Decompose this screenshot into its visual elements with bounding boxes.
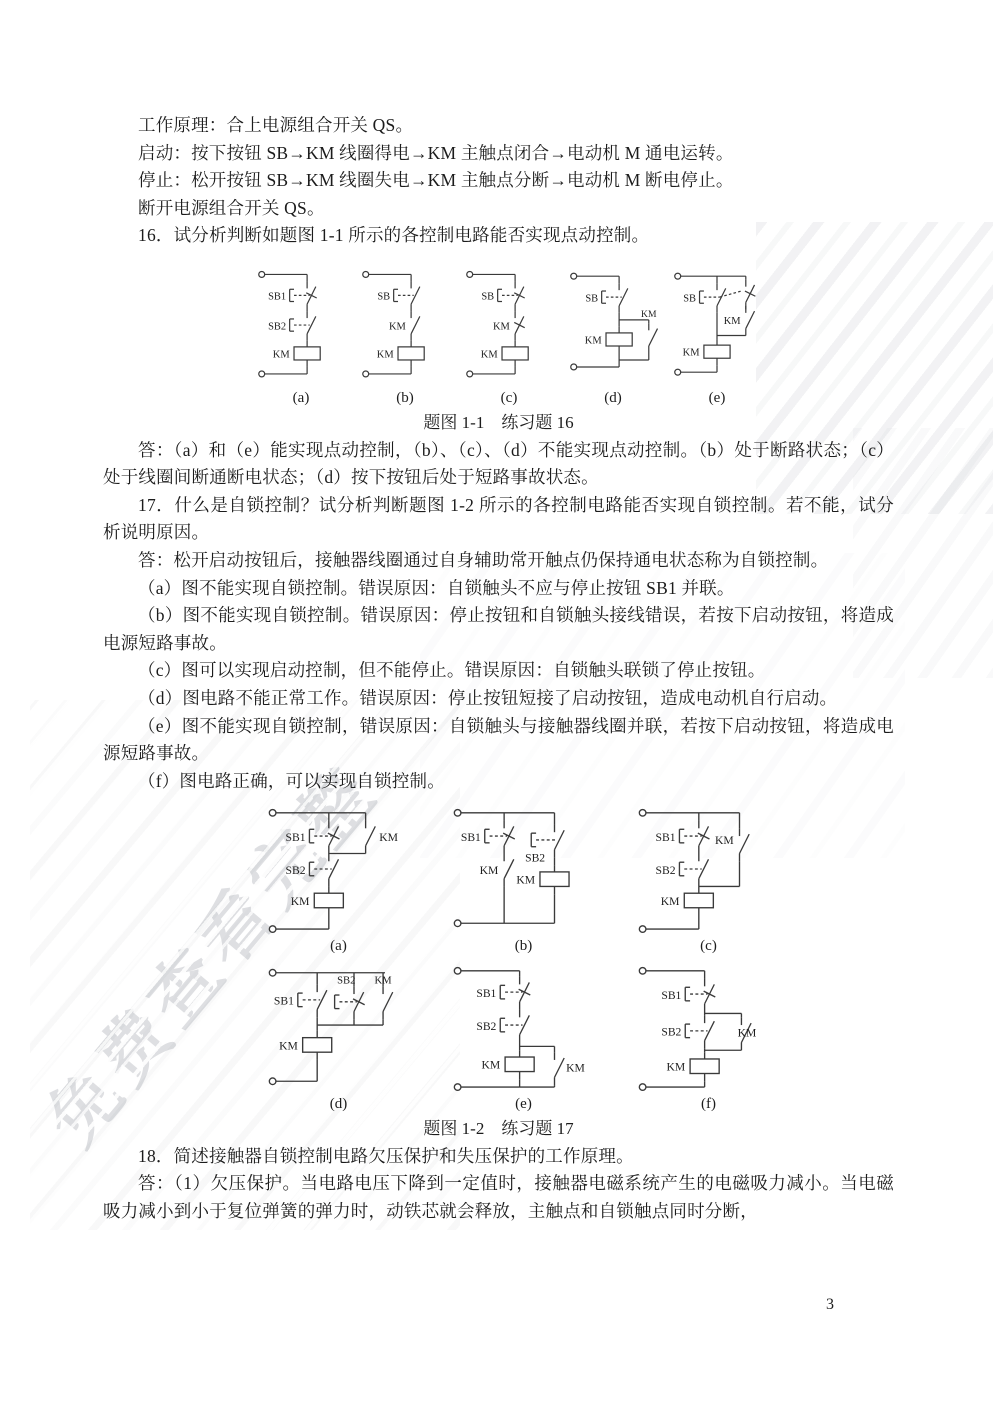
circuit-label: KM (585, 335, 602, 346)
circuit-label: KM (724, 316, 741, 327)
circuit-label: KM (516, 874, 535, 887)
paragraph-answer-17-definition: 答：松开启动按钮后，接触器线圈通过自身辅助常开触点仍保持通电状态称为自锁控制。 (103, 547, 894, 575)
circuit-sublabel: (b) (515, 937, 533, 955)
circuit-label: KM (374, 976, 392, 987)
circuit-sublabel: (e) (709, 389, 726, 407)
circuit-label: KM (641, 309, 657, 320)
circuit-sublabel: (d) (330, 1095, 348, 1113)
circuit-label: KM (683, 348, 700, 359)
paragraph-question-17: 17．什么是自锁控制？试分析判断题图 1-2 所示的各控制电路能否实现自锁控制。… (103, 492, 894, 547)
circuit-label: SB2 (268, 321, 286, 332)
paragraph-answer-18: 答：（1）欠压保护。当电路电压下降到一定值时，接触器电磁系统产生的电磁吸力减小。… (103, 1170, 894, 1225)
paragraph-answer-16: 答：（a）和（e）能实现点动控制，（b）、（c）、（d）不能实现点动控制。（b）… (103, 437, 894, 492)
circuit-label: SB2 (337, 976, 355, 987)
circuit-sublabel: (b) (396, 389, 414, 407)
circuit-1-2-f: SB1SB2KMKM (f) (631, 959, 786, 1113)
circuit-label: KM (566, 1062, 585, 1075)
circuit-label: SB1 (461, 831, 481, 844)
circuit-1-1-e: SBKMKM (e) (669, 262, 765, 407)
circuit-label: KM (480, 864, 499, 877)
circuit-label: SB1 (476, 987, 496, 1000)
circuit-diagram-1-1-c: SBKMKM (461, 262, 557, 389)
circuit-label: KM (279, 1040, 298, 1053)
paragraph-answer-17-b: （b）图不能实现自锁控制。错误原因：停止按钮和自锁触头接线错误，若按下启动按钮，… (103, 602, 894, 657)
circuit-sublabel: (f) (701, 1095, 716, 1113)
circuit-sublabel: (c) (501, 389, 518, 407)
paragraph-answer-17-c: （c）图可以实现启动控制，但不能停止。错误原因：自锁触头联锁了停止按钮。 (103, 657, 894, 685)
paragraph-start: 启动：按下按钮 SB→KM 线圈得电→KM 主触点闭合→电动机 M 通电运转。 (103, 140, 894, 168)
paragraph-answer-17-a: （a）图不能实现自锁控制。错误原因：自锁触头不应与停止按钮 SB1 并联。 (103, 575, 894, 603)
circuit-label: SB (481, 292, 494, 303)
paragraph-question-18: 18．简述接触器自锁控制电路欠压保护和失压保护的工作原理。 (103, 1143, 894, 1171)
figure-1-2-row-2: SB1KMSB2KM (d) SB1SB2KMKM (e) SB1SB2KMKM… (261, 959, 894, 1113)
circuit-label: SB1 (286, 831, 306, 844)
circuit-1-2-b: SB1KMSB2KM (b) (446, 801, 601, 955)
paragraph-question-16: 16．试分析判断如题图 1-1 所示的各控制电路能否实现点动控制。 (103, 222, 894, 250)
circuit-label: SB2 (656, 864, 676, 877)
circuit-label: SB (683, 293, 696, 304)
circuit-label: SB2 (476, 1020, 496, 1033)
circuit-label: SB1 (661, 989, 681, 1002)
figure-1-1-caption: 题图 1-1 练习题 16 (103, 409, 894, 437)
circuit-label: KM (389, 321, 406, 332)
circuit-1-1-c: SBKMKM (c) (461, 262, 557, 407)
circuit-label: KM (715, 834, 734, 847)
circuit-label: KM (291, 895, 310, 908)
circuit-label: KM (667, 1061, 686, 1074)
circuit-sublabel: (d) (604, 389, 622, 407)
figure-1-1: SB1SB2KM (a) SBKMKM (b) SBKMKM (c) SBKMK… (253, 262, 894, 407)
circuit-label: KM (481, 349, 498, 360)
circuit-sublabel: (e) (515, 1095, 532, 1113)
page-body: 工作原理：合上电源组合开关 QS。 启动：按下按钮 SB→KM 线圈得电→KM … (103, 112, 894, 1226)
circuit-label: SB2 (286, 864, 306, 877)
circuit-diagram-1-2-e: SB1SB2KMKM (446, 959, 601, 1095)
circuit-label: SB2 (525, 852, 545, 865)
paragraph-answer-17-f: （f）图电路正确，可以实现自锁控制。 (103, 768, 894, 796)
circuit-diagram-1-1-b: SBKMKM (357, 262, 453, 389)
circuit-label: SB (377, 292, 390, 303)
document-page: 免费查看完整 工作原理：合上电源组合开关 QS。 启动：按下按钮 SB→KM 线… (0, 0, 993, 1404)
paragraph-answer-17-e: （e）图不能实现自锁控制，错误原因：自锁触头与接触器线圈并联，若按下启动按钮，将… (103, 713, 894, 768)
circuit-label: KM (273, 349, 290, 360)
circuit-sublabel: (a) (330, 937, 347, 955)
circuit-sublabel: (a) (293, 389, 310, 407)
circuit-label: KM (482, 1059, 501, 1072)
figure-1-2-row-1: SB1SB2KMKM (a) SB1KMSB2KM (b) SB1SB2KMKM… (261, 801, 894, 955)
circuit-1-2-a: SB1SB2KMKM (a) (261, 801, 416, 955)
circuit-1-1-d: SBKMKM (d) (565, 262, 661, 407)
circuit-label: KM (661, 895, 680, 908)
paragraph-working-principle: 工作原理：合上电源组合开关 QS。 (103, 112, 894, 140)
circuit-diagram-1-2-c: SB1SB2KMKM (631, 801, 786, 937)
circuit-label: SB1 (274, 995, 294, 1008)
circuit-label: SB1 (268, 292, 286, 303)
figure-1-2-caption: 题图 1-2 练习题 17 (103, 1115, 894, 1143)
circuit-1-2-d: SB1KMSB2KM (d) (261, 959, 416, 1113)
circuit-sublabel: (c) (700, 937, 717, 955)
circuit-diagram-1-1-a: SB1SB2KM (253, 262, 349, 389)
page-number: 3 (826, 1296, 834, 1314)
circuit-label: SB1 (656, 831, 676, 844)
circuit-diagram-1-1-e: SBKMKM (669, 262, 765, 389)
circuit-1-2-c: SB1SB2KMKM (c) (631, 801, 786, 955)
circuit-1-1-b: SBKMKM (b) (357, 262, 453, 407)
circuit-diagram-1-2-b: SB1KMSB2KM (446, 801, 601, 937)
circuit-1-2-e: SB1SB2KMKM (e) (446, 959, 601, 1113)
circuit-diagram-1-2-f: SB1SB2KMKM (631, 959, 786, 1095)
circuit-label: SB2 (661, 1026, 681, 1039)
circuit-label: SB (585, 293, 598, 304)
circuit-diagram-1-1-d: SBKMKM (565, 262, 661, 389)
circuit-diagram-1-2-d: SB1KMSB2KM (261, 959, 416, 1095)
circuit-label: KM (738, 1027, 757, 1040)
paragraph-stop: 停止：松开按钮 SB→KM 线圈失电→KM 主触点分断→电动机 M 断电停止。 (103, 167, 894, 195)
paragraph-answer-17-d: （d）图电路不能正常工作。错误原因：停止按钮短接了启动按钮，造成电动机自行启动。 (103, 685, 894, 713)
circuit-label: KM (379, 831, 398, 844)
circuit-label: KM (377, 349, 394, 360)
paragraph-disconnect: 断开电源组合开关 QS。 (103, 195, 894, 223)
circuit-1-1-a: SB1SB2KM (a) (253, 262, 349, 407)
circuit-label: KM (493, 321, 510, 332)
circuit-diagram-1-2-a: SB1SB2KMKM (261, 801, 416, 937)
